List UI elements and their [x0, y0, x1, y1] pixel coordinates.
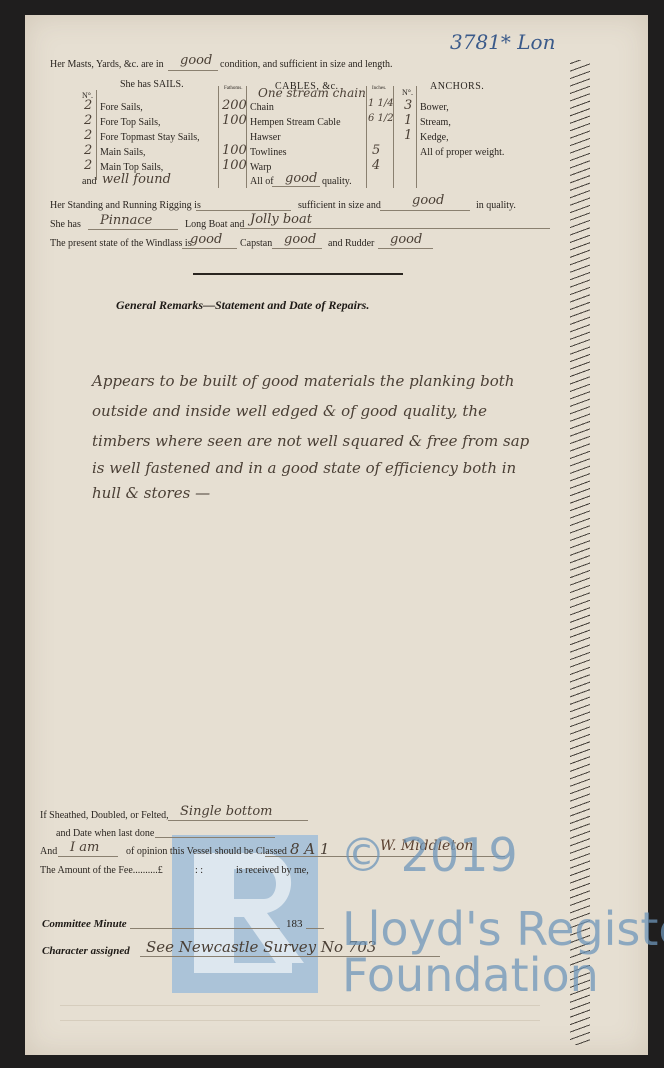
sail-count: 2 [84, 158, 92, 173]
sail-label: Fore Sails, [100, 102, 143, 113]
archive-reference: 3781* Lon [450, 30, 555, 54]
cable-label: Hawser [250, 132, 281, 143]
rigging-suffix: in quality. [476, 200, 516, 211]
capstan-label: Capstan [240, 238, 272, 249]
sail-label: Main Sails, [100, 147, 146, 158]
cable-label: Chain [250, 102, 274, 113]
remarks-line: hull & stores — [92, 484, 210, 502]
remarks-heading: General Remarks—Statement and Date of Re… [116, 298, 369, 313]
cable-inches: 1 1/4 [368, 98, 394, 109]
anchors-no-header: N°. [402, 88, 413, 97]
remarks-line: outside and inside well edged & of good … [92, 402, 487, 420]
cable-inches: 6 1/2 [368, 113, 394, 124]
rigging-mid: sufficient in size and [298, 200, 381, 211]
cable-fathoms: 100 [222, 143, 247, 158]
opinion-label: of opinion this Vessel should be Classed [126, 846, 287, 857]
rigging-prefix: Her Standing and Running Rigging is [50, 200, 201, 211]
anchor-label: All of proper weight. [420, 147, 504, 158]
capstan-value: good [284, 232, 316, 247]
masts-value: good [180, 53, 212, 68]
and-label: And [40, 846, 57, 857]
sail-label: Fore Topmast Stay Sails, [100, 132, 200, 143]
remarks-line: is well fastened and in a good state of … [92, 459, 516, 477]
sail-label: Fore Top Sails, [100, 117, 161, 128]
anchor-count: 3 [404, 98, 412, 113]
fee-colons: : : [195, 865, 203, 876]
and-value: I am [70, 840, 99, 855]
sails-heading: She has SAILS. [120, 79, 184, 90]
committee-label: Committee Minute [42, 918, 127, 930]
decorative-border [570, 60, 590, 1045]
boats-prefix: She has [50, 219, 81, 230]
inches-header: Inches. [372, 86, 386, 91]
cable-label: Warp [250, 162, 271, 173]
cable-inches: 4 [372, 158, 380, 173]
date-label: and Date when last done [56, 828, 154, 839]
fathoms-header: Fathoms. [224, 86, 242, 91]
watermark-copyright: © 2019 [340, 828, 518, 882]
cable-fathoms: 100 [222, 158, 247, 173]
rudder-label: and Rudder [328, 238, 374, 249]
sails-and-label: and [82, 176, 96, 187]
sail-count: 2 [84, 113, 92, 128]
remarks-line: Appears to be built of good materials th… [92, 372, 514, 390]
fee-label: The Amount of the Fee..........£ [40, 865, 163, 876]
anchor-count: 1 [404, 128, 412, 143]
sail-count: 2 [84, 128, 92, 143]
cable-inches: 5 [372, 143, 380, 158]
sheathed-label: If Sheathed, Doubled, or Felted, [40, 810, 169, 821]
cable-fathoms: 100 [222, 113, 247, 128]
cable-label: Hempen Stream Cable [250, 117, 341, 128]
masts-suffix: condition, and sufficient in size and le… [220, 59, 393, 70]
sails-and-value: well found [102, 172, 171, 187]
anchor-label: Kedge, [420, 132, 449, 143]
masts-prefix: Her Masts, Yards, &c. are in [50, 59, 164, 70]
cables-all-of-prefix: All of [250, 176, 274, 187]
sail-count: 2 [84, 98, 92, 113]
lr-logo [172, 835, 318, 993]
rigging-value: good [412, 193, 444, 208]
cables-all-of-suffix: quality. [322, 176, 352, 187]
boats-mid: Long Boat and [185, 219, 244, 230]
anchor-label: Stream, [420, 117, 451, 128]
boats-value2: Jolly boat [250, 212, 312, 227]
anchor-label: Bower, [420, 102, 449, 113]
windlass-value: good [190, 232, 222, 247]
rudder-value: good [390, 232, 422, 247]
remarks-line: timbers where seen are not well squared … [92, 432, 529, 450]
committee-year: 183 [286, 918, 303, 930]
anchor-count: 1 [404, 113, 412, 128]
cable-fathoms: 200 [222, 98, 247, 113]
boats-value1: Pinnace [100, 213, 152, 228]
fee-suffix: is received by me, [236, 865, 309, 876]
sheathed-value: Single bottom [180, 804, 273, 819]
sail-count: 2 [84, 143, 92, 158]
windlass-prefix: The present state of the Windlass is [50, 238, 192, 249]
cable-label: Towlines [250, 147, 287, 158]
cables-note: One stream chain [258, 86, 366, 100]
anchors-heading: ANCHORS. [430, 81, 484, 92]
cables-all-of-value: good [285, 171, 317, 186]
character-label: Character assigned [42, 945, 130, 957]
watermark-line2: Foundation [342, 948, 599, 1002]
